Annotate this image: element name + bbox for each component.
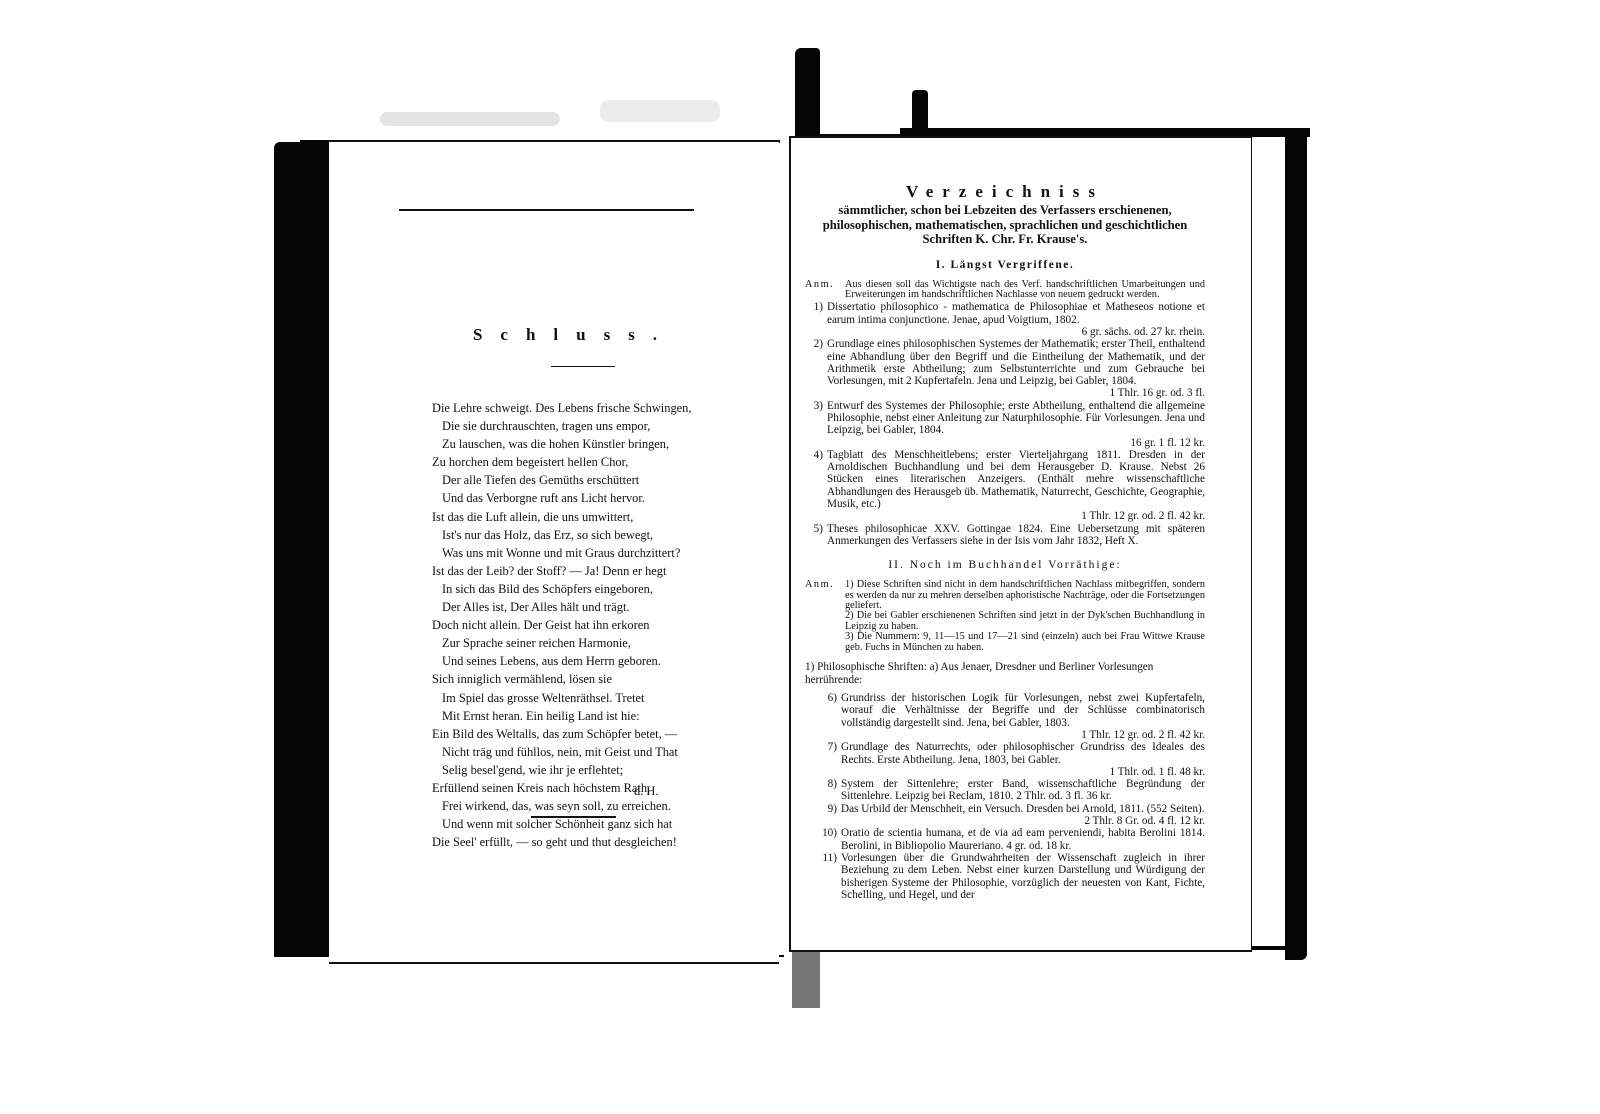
entry-number: 7) xyxy=(813,741,841,778)
bibliography-subtitle: sämmtlicher, schon bei Lebzeiten des Ver… xyxy=(805,203,1205,247)
poem-line: Selig besel'gend, wie ihr je erflehtet; xyxy=(432,761,752,779)
entry-number: 8) xyxy=(813,778,841,803)
poem-line: Was uns mit Wonne und mit Graus durchzit… xyxy=(432,544,752,562)
bibliography-entry: 6)Grundriss der historischen Logik für V… xyxy=(805,692,1205,741)
entry-title: Das Urbild der Menschheit, ein Versuch. … xyxy=(841,803,1205,815)
entry-number: 5) xyxy=(805,523,827,548)
poem-line: Zur Sprache seiner reichen Harmonie, xyxy=(432,634,752,652)
entry-price: 1 Thlr. od. 1 fl. 48 kr. xyxy=(841,766,1205,778)
bibliography-entry: 3)Entwurf des Systemes der Philosophie; … xyxy=(805,400,1205,449)
bibliography-entry: 4)Tagblatt des Menschheitlebens; erster … xyxy=(805,449,1205,523)
entry-price: 1 Thlr. 12 gr. od. 2 fl. 42 kr. xyxy=(841,729,1205,741)
entry-number: 10) xyxy=(813,827,841,852)
bibliography-title: Verzeichniss xyxy=(805,182,1205,202)
poem-line: Die Seel' erfüllt, — so geht und thut de… xyxy=(432,833,752,851)
note-item: 1) Diese Schriften sind nicht in dem han… xyxy=(845,580,1205,611)
poem-line: Frei wirkend, das, was seyn soll, zu err… xyxy=(432,797,752,815)
poem-line: Ein Bild des Weltalls, das zum Schöpfer … xyxy=(432,725,752,743)
entry-number: 3) xyxy=(805,400,827,449)
entry-number: 6) xyxy=(813,692,841,741)
entry-title: Grundlage eines philosophischen Systemes… xyxy=(827,338,1205,387)
entry-title: Tagblatt des Menschheitlebens; erster Vi… xyxy=(827,449,1205,510)
signature: d. H. xyxy=(634,784,658,799)
entry-text: Grundriss der historischen Logik für Vor… xyxy=(841,692,1205,741)
poem: Die Lehre schweigt. Des Lebens frische S… xyxy=(432,399,752,851)
bibliography-entry: 9)Das Urbild der Menschheit, ein Versuch… xyxy=(805,803,1205,828)
poem-line: Der Alles ist, Der Alles hält und trägt. xyxy=(432,598,752,616)
entry-number: 2) xyxy=(805,338,827,399)
entry-text: Grundlage des Naturrechts, oder philosop… xyxy=(841,741,1205,778)
section1-note: Anm. Aus diesen soll das Wichtigste nach… xyxy=(805,280,1205,301)
note-text: Aus diesen soll das Wichtigste nach des … xyxy=(845,280,1205,301)
entry-price: 1 Thlr. 16 gr. od. 3 fl. xyxy=(827,387,1205,399)
section-heading-in-stock: II. Noch im Buchhandel Vorräthige: xyxy=(805,559,1205,571)
poem-line: Und seines Lebens, aus dem Herrn geboren… xyxy=(432,652,752,670)
entry-text: Tagblatt des Menschheitlebens; erster Vi… xyxy=(827,449,1205,523)
entry-number: 11) xyxy=(813,852,841,901)
note-item: 3) Die Nummern: 9, 11—15 und 17—21 sind … xyxy=(845,632,1205,653)
poem-line: Sich inniglich vermählend, lösen sie xyxy=(432,670,752,688)
poem-line: Zu lauschen, was die hohen Künstler brin… xyxy=(432,435,752,453)
entry-title: Vorlesungen über die Grundwahrheiten der… xyxy=(841,852,1205,901)
scan-speck xyxy=(600,100,720,122)
note-item: 2) Die bei Gabler erschienenen Schriften… xyxy=(845,611,1205,632)
page-title: Schluss. xyxy=(329,325,779,345)
note-label: Anm. xyxy=(805,280,845,301)
title-underline xyxy=(551,366,615,367)
poem-line: Doch nicht allein. Der Geist hat ihn erk… xyxy=(432,616,752,634)
spine-flap xyxy=(795,48,820,140)
entry-price: 6 gr. sächs. od. 27 kr. rhein. xyxy=(827,326,1205,338)
top-rule xyxy=(399,209,694,211)
poem-line: Nicht träg und fühllos, nein, mit Geist … xyxy=(432,743,752,761)
bibliography-entry: 5)Theses philosophicae XXV. Gottingae 18… xyxy=(805,523,1205,548)
section2-note: Anm. 1) Diese Schriften sind nicht in de… xyxy=(805,580,1205,653)
poem-line: Erfüllend seinen Kreis nach höchstem Rat… xyxy=(432,779,752,797)
section2-entries: 6)Grundriss der historischen Logik für V… xyxy=(805,692,1205,901)
entry-title: Oratio de scientia humana, et de via ad … xyxy=(841,827,1205,851)
poem-line: Mit Ernst heran. Ein heilig Land ist hie… xyxy=(432,707,752,725)
bibliography-entry: 11)Vorlesungen über die Grundwahrheiten … xyxy=(805,852,1205,901)
entry-number: 4) xyxy=(805,449,827,523)
poem-line: In sich das Bild des Schöpfers eingebore… xyxy=(432,580,752,598)
poem-line: Und das Verborgne ruft ans Licht hervor. xyxy=(432,489,752,507)
section-heading-out-of-print: I. Längst Vergriffene. xyxy=(805,259,1205,271)
bibliography-entry: 8)System der Sittenlehre; erster Band, w… xyxy=(805,778,1205,803)
right-cover-edge xyxy=(1285,130,1307,960)
right-page: Verzeichniss sämmtlicher, schon bei Lebz… xyxy=(789,136,1252,952)
left-page: Schluss. Die Lehre schweigt. Des Lebens … xyxy=(329,140,779,964)
scan-speck xyxy=(380,112,560,126)
left-cover-edge xyxy=(274,142,330,957)
entry-title: Grundriss der historischen Logik für Vor… xyxy=(841,692,1205,729)
note-text: 1) Diese Schriften sind nicht in dem han… xyxy=(845,580,1205,653)
entry-title: Entwurf des Systemes der Philosophie; er… xyxy=(827,400,1205,437)
entry-text: Vorlesungen über die Grundwahrheiten der… xyxy=(841,852,1205,901)
section1-entries: 1)Dissertatio philosophico - mathematica… xyxy=(805,301,1205,547)
poem-line: Ist's nur das Holz, das Erz, so sich bew… xyxy=(432,526,752,544)
entry-price: 16 gr. 1 fl. 12 kr. xyxy=(827,437,1205,449)
entry-price: 1 Thlr. 12 gr. od. 2 fl. 42 kr. xyxy=(827,510,1205,522)
entry-text: Das Urbild der Menschheit, ein Versuch. … xyxy=(841,803,1205,828)
note-label: Anm. xyxy=(805,580,845,653)
entry-number: 1) xyxy=(805,301,827,338)
entry-title: Theses philosophicae XXV. Gottingae 1824… xyxy=(827,523,1205,547)
entry-text: Oratio de scientia humana, et de via ad … xyxy=(841,827,1205,852)
entry-text: Theses philosophicae XXV. Gottingae 1824… xyxy=(827,523,1205,548)
poem-line: Ist das der Leib? der Stoff? — Ja! Denn … xyxy=(432,562,752,580)
entry-title: Grundlage des Naturrechts, oder philosop… xyxy=(841,741,1205,765)
entry-title: Dissertatio philosophico - mathematica d… xyxy=(827,301,1205,325)
bibliography-entry: 7)Grundlage des Naturrechts, oder philos… xyxy=(805,741,1205,778)
poem-line: Zu horchen dem begeistert hellen Chor, xyxy=(432,453,752,471)
entry-price: 2 Thlr. 8 Gr. od. 4 fl. 12 kr. xyxy=(841,815,1205,827)
poem-line: Im Spiel das grosse Weltenräthsel. Trete… xyxy=(432,689,752,707)
entry-title: System der Sittenlehre; erster Band, wis… xyxy=(841,778,1205,802)
poem-line: Die sie durchrauschten, tragen uns empor… xyxy=(432,417,752,435)
bibliography-entry: 10)Oratio de scientia humana, et de via … xyxy=(805,827,1205,852)
entry-number: 9) xyxy=(813,803,841,828)
entry-text: Entwurf des Systemes der Philosophie; er… xyxy=(827,400,1205,449)
group-heading-philosophical: 1) Philosophische Shriften: a) Aus Jenae… xyxy=(805,661,1205,686)
entry-text: System der Sittenlehre; erster Band, wis… xyxy=(841,778,1205,803)
entry-text: Grundlage eines philosophischen Systemes… xyxy=(827,338,1205,399)
entry-text: Dissertatio philosophico - mathematica d… xyxy=(827,301,1205,338)
poem-line: Ist das die Luft allein, die uns umwitte… xyxy=(432,508,752,526)
spine-bottom xyxy=(792,948,820,1008)
bibliography-entry: 2)Grundlage eines philosophischen System… xyxy=(805,338,1205,399)
bibliography-entry: 1)Dissertatio philosophico - mathematica… xyxy=(805,301,1205,338)
poem-line: Die Lehre schweigt. Des Lebens frische S… xyxy=(432,399,752,417)
bottom-rule xyxy=(531,816,616,818)
bibliography: Verzeichniss sämmtlicher, schon bei Lebz… xyxy=(805,182,1205,901)
poem-line: Der alle Tiefen des Gemüths erschüttert xyxy=(432,471,752,489)
